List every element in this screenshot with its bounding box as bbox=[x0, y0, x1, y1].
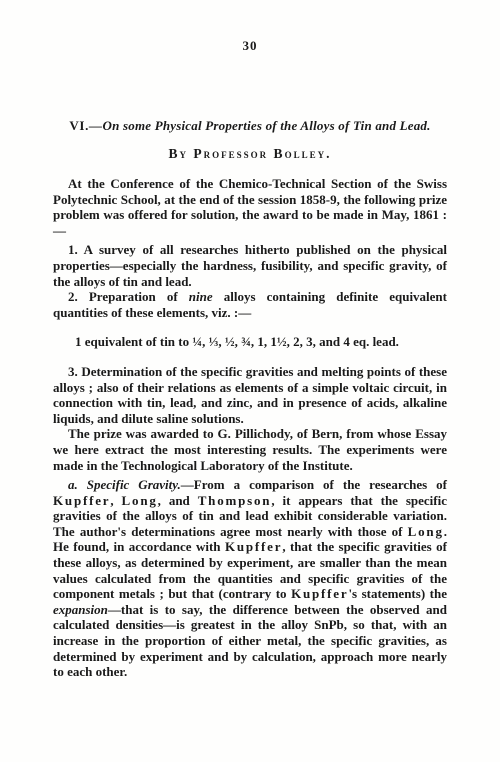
text-segment: Kupffer bbox=[225, 539, 282, 554]
article-body: At the Conference of the Chemico-Technic… bbox=[53, 176, 447, 680]
text-segment: Kupffer bbox=[53, 493, 110, 508]
text-segment: Long bbox=[122, 493, 158, 508]
text-segment: 1 equivalent of tin to ¼, ⅓, ½, ¾, 1, 1½… bbox=[75, 334, 399, 349]
text-segment: , bbox=[110, 493, 121, 508]
text-segment: —that is to say, the difference between … bbox=[53, 602, 447, 679]
text-segment: Thompson bbox=[198, 493, 272, 508]
paragraph: The prize was awarded to G. Pillichody, … bbox=[53, 426, 447, 473]
paragraph: 3. Determination of the specific graviti… bbox=[53, 364, 447, 426]
paragraph: 1. A survey of all researches hitherto p… bbox=[53, 242, 447, 289]
scanned-page: 30 VI.—On some Physical Properties of th… bbox=[0, 0, 500, 762]
article-byline: By Professor Bolley. bbox=[53, 146, 447, 162]
paragraph: At the Conference of the Chemico-Technic… bbox=[53, 176, 447, 238]
text-segment: 2. Preparation of bbox=[68, 289, 189, 304]
text-segment: expansion bbox=[53, 602, 108, 617]
text-segment: 3. Determination of the specific graviti… bbox=[53, 364, 447, 426]
article-title-text: On some Physical Properties of the Alloy… bbox=[103, 118, 431, 133]
text-segment: The prize was awarded to G. Pillichody, … bbox=[53, 426, 447, 472]
paragraph: 2. Preparation of nine alloys containing… bbox=[53, 289, 447, 320]
text-segment: At the Conference of the Chemico-Technic… bbox=[53, 176, 447, 238]
text-segment: a. Specific Gravity. bbox=[68, 477, 181, 492]
text-segment: Long bbox=[408, 524, 444, 539]
text-segment: 's statements) the bbox=[348, 586, 447, 601]
page-number: 30 bbox=[53, 38, 447, 54]
text-segment: Kupffer bbox=[291, 586, 348, 601]
paragraph: a. Specific Gravity.—From a comparison o… bbox=[53, 477, 447, 680]
article-title: VI.—On some Physical Properties of the A… bbox=[53, 117, 447, 134]
paragraph: 1 equivalent of tin to ¼, ⅓, ½, ¾, 1, 1½… bbox=[53, 334, 447, 350]
text-segment: 1. A survey of all researches hitherto p… bbox=[53, 242, 447, 288]
text-segment: nine bbox=[189, 289, 213, 304]
text-segment: —From a comparison of the researches of bbox=[181, 477, 447, 492]
article-number: VI.— bbox=[69, 118, 102, 133]
text-segment: , and bbox=[158, 493, 198, 508]
